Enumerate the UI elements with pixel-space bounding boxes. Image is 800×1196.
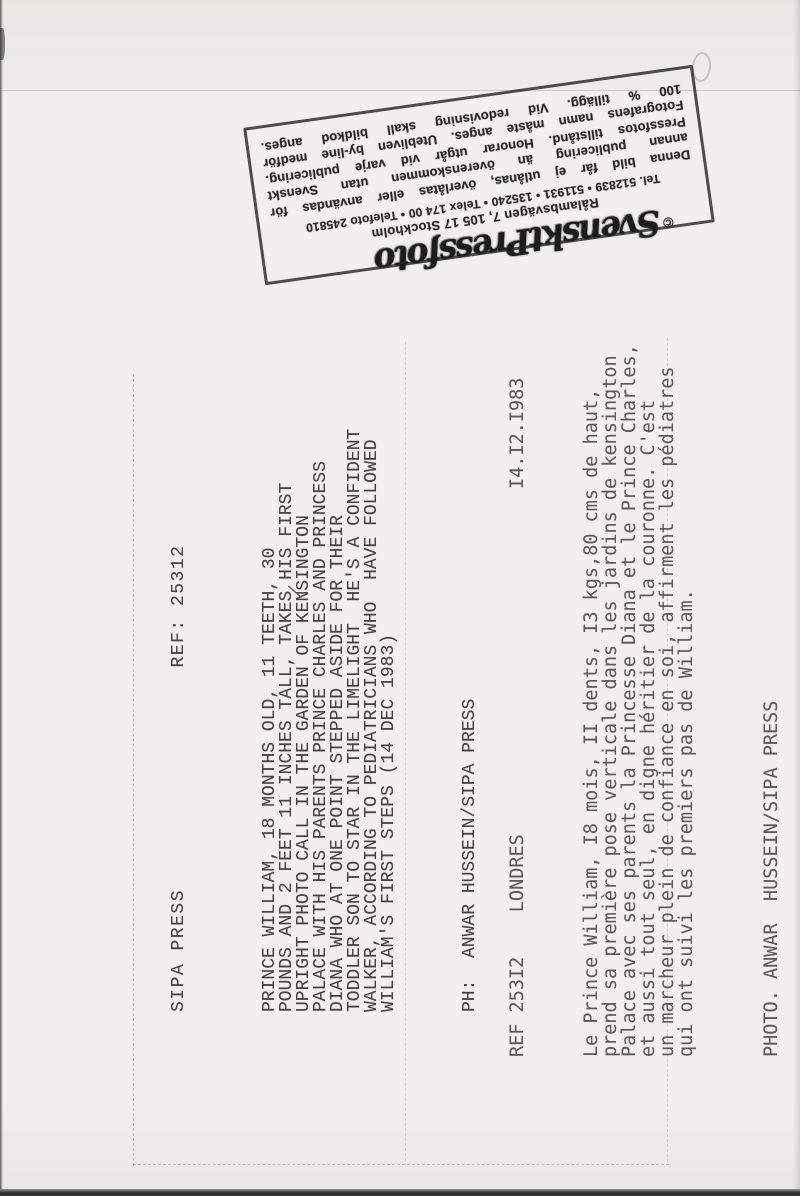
caption-line: un marcheur plein de confiance en soi, a…	[658, 337, 677, 1057]
photo-right-edge	[793, 0, 800, 1196]
caption-french-body: Le Prince William, I8 mois, II dents, I3…	[582, 337, 696, 1057]
pencil-crop-line-left	[133, 374, 134, 1166]
caption-line: Le Prince William, I8 mois, II dents, I3…	[582, 337, 601, 1057]
caption-english-header: SIPA PRESS REF: 25312	[171, 332, 188, 1012]
pencil-crop-line-bottom	[133, 1164, 669, 1165]
press-agency-stamp: ©SvensktPressfoto Rålambsvägen 7, 105 17…	[243, 65, 715, 285]
copyright-icon: ©	[662, 214, 674, 231]
photo-left-edge	[0, 0, 3, 1196]
photo-left-edge-mark	[0, 28, 5, 60]
caption-line: prend sa première pose verticale dans le…	[601, 337, 620, 1057]
caption-french-header: REF 253I2 LONDRES I4.I2.I983	[508, 337, 527, 1057]
caption-french-credit: PHOTO. ANWAR HUSSEIN/SIPA PRESS	[762, 337, 781, 1057]
caption-french: REF 253I2 LONDRES I4.I2.I983 Le Prince W…	[470, 337, 800, 1057]
caption-english-body: PRINCE WILLIAM, 18 MONTHS OLD, 11 TEETH,…	[262, 332, 398, 1012]
photo-bottom-edge	[0, 1189, 800, 1196]
paper-shading	[0, 1099, 800, 1189]
photo-back-scan: ©SvensktPressfoto Rålambsvägen 7, 105 17…	[0, 0, 800, 1196]
caption-line: et aussi tout seul, en digne héritier de…	[639, 337, 658, 1057]
caption-line: qui ont suivi les premiers pas de Willia…	[677, 337, 696, 1057]
caption-line: WILLIAM'S FIRST STEPS (14 DEC 1983)	[381, 332, 398, 1012]
caption-line: Palace avec ses parents la Princesse Dia…	[620, 337, 639, 1057]
